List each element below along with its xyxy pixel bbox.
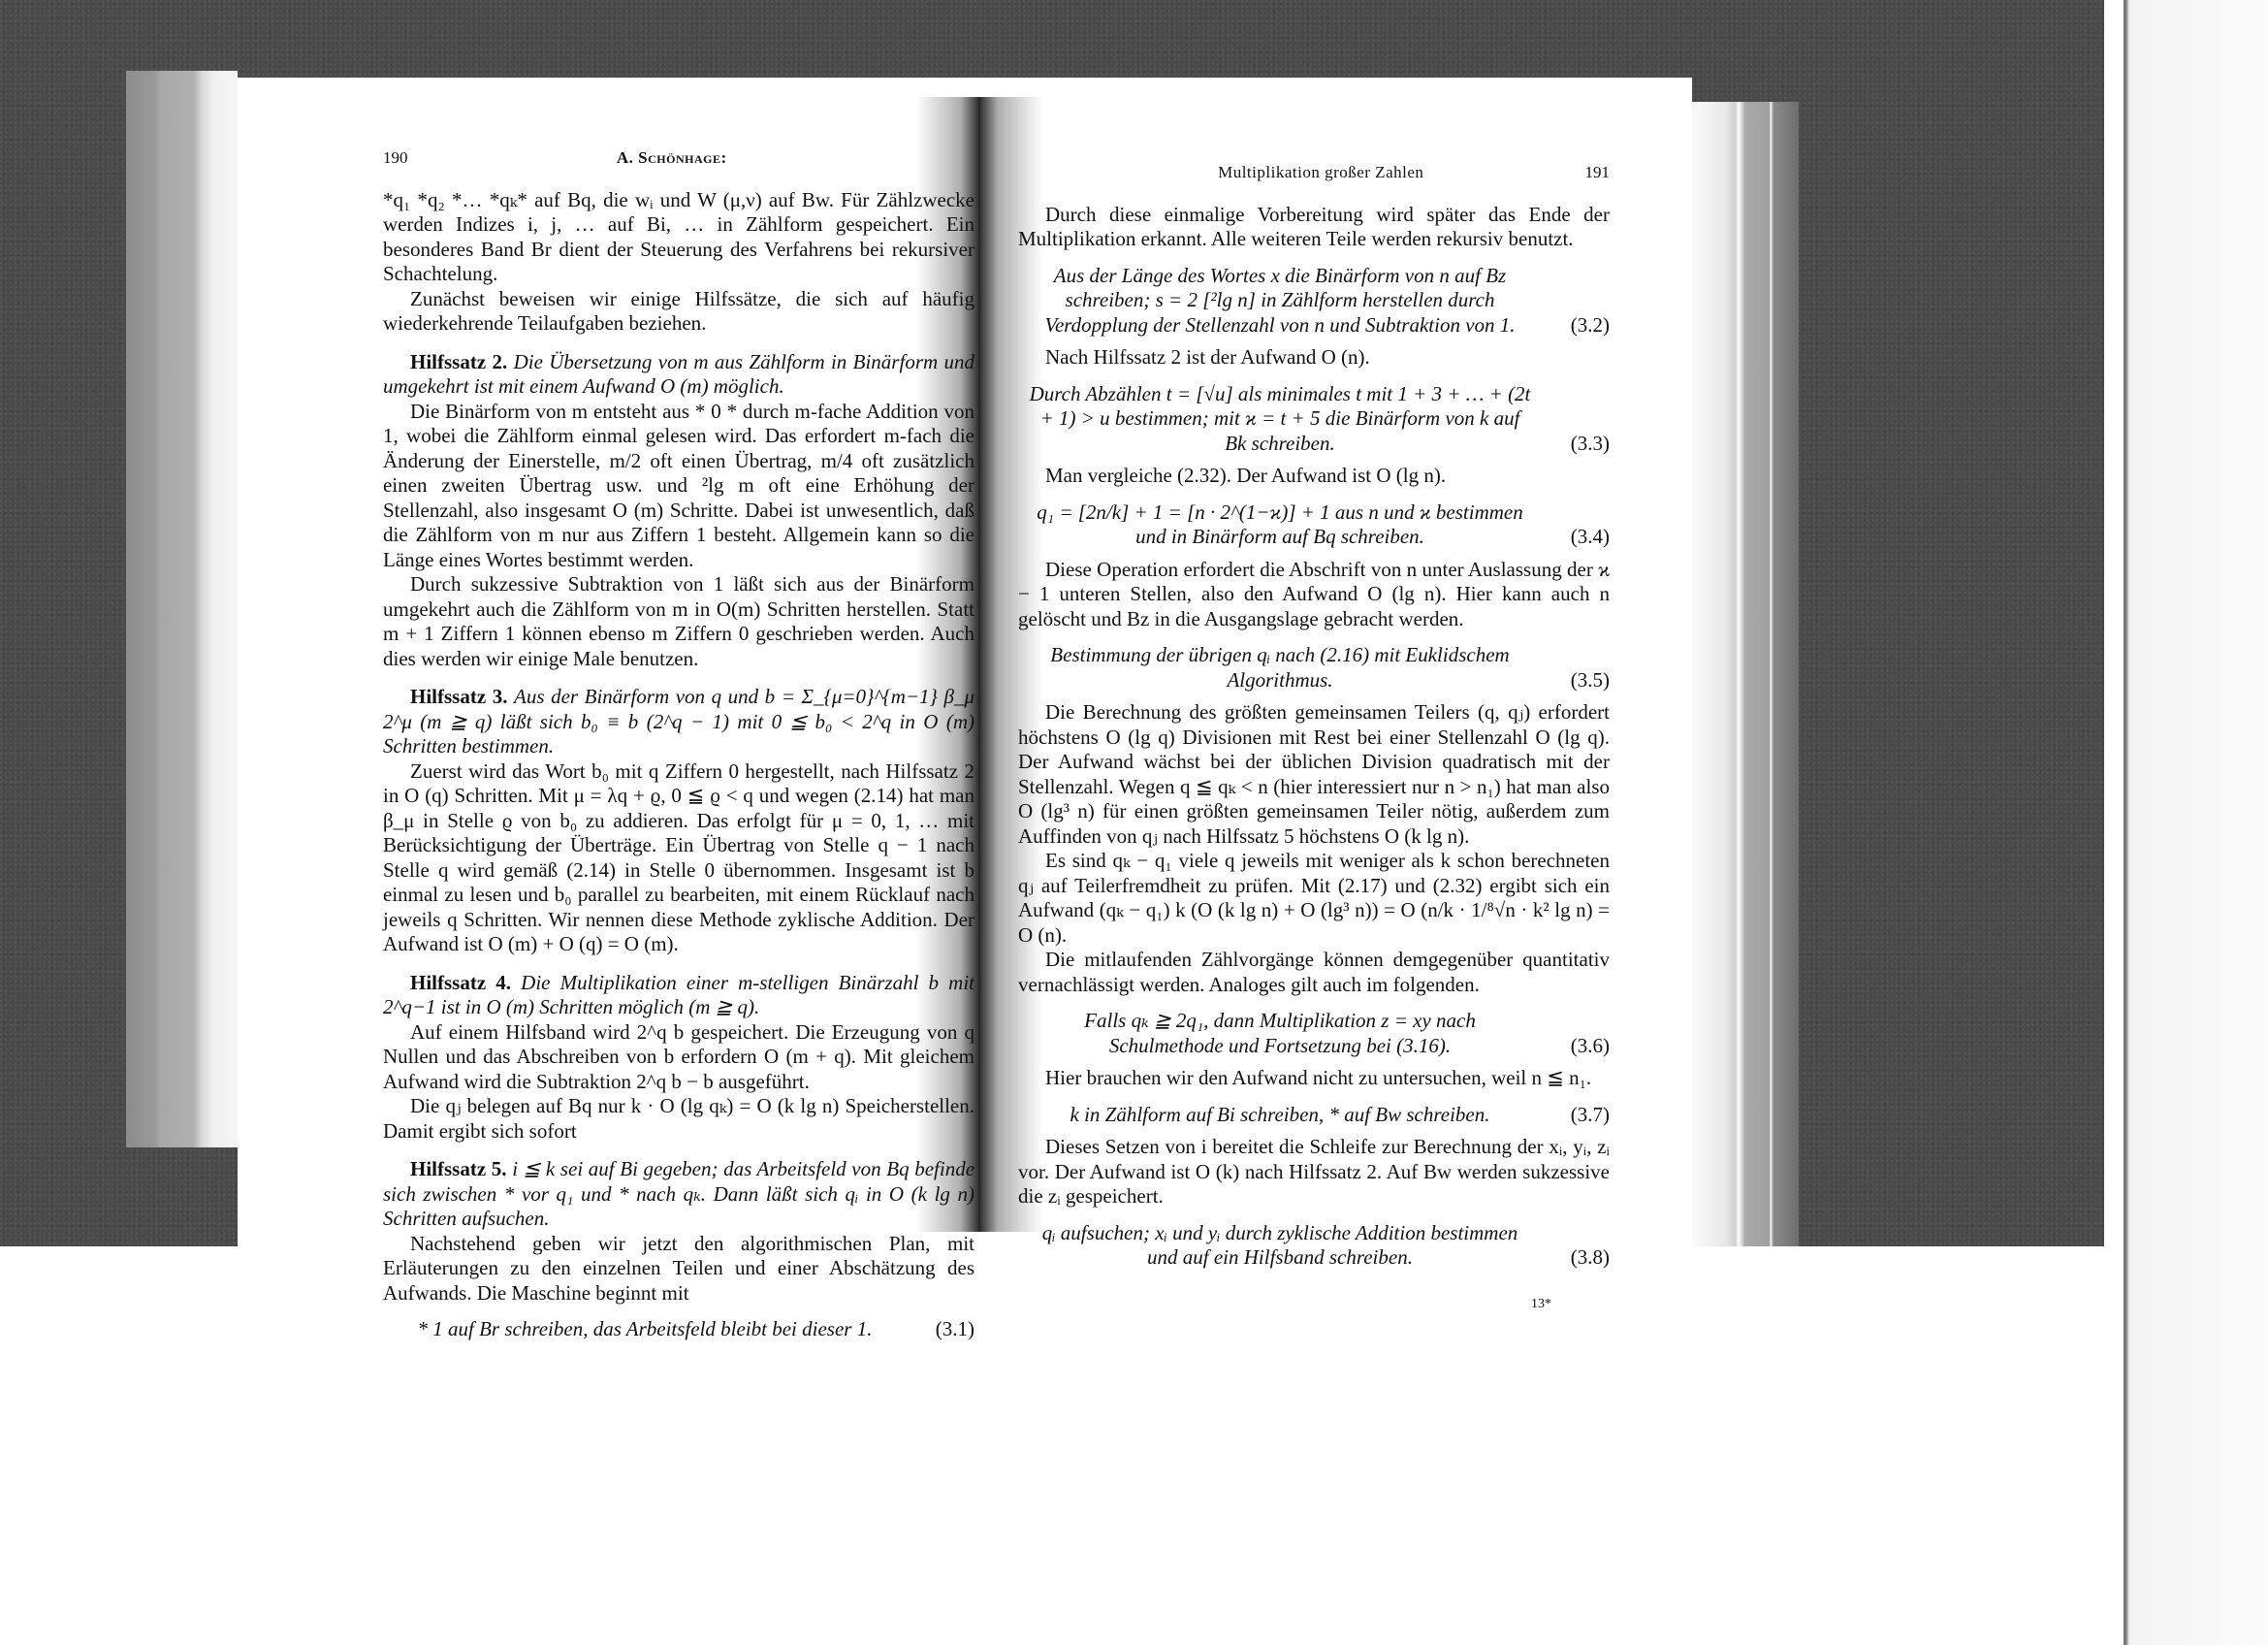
paragraph: *q₁ *q₂ *… *qₖ* auf Bq, die wᵢ und W (μ,… bbox=[383, 188, 974, 287]
algorithm-step: Bestimmung der übrigen qᵢ nach (2.16) mi… bbox=[1018, 643, 1610, 693]
algorithm-step: Falls qₖ ≧ 2q₁, dann Multiplikation z = … bbox=[1018, 1009, 1610, 1058]
paragraph: Es sind qₖ − q₁ viele q jeweils mit weni… bbox=[1018, 849, 1610, 948]
equation-number: (3.6) bbox=[1542, 1034, 1610, 1059]
step-text: qᵢ aufsuchen; xᵢ und yᵢ durch zyklische … bbox=[1018, 1221, 1542, 1271]
paragraph: Durch sukzessive Subtraktion von 1 läßt … bbox=[383, 572, 974, 671]
step-text: Bestimmung der übrigen qᵢ nach (2.16) mi… bbox=[1018, 643, 1542, 693]
paragraph: Auf einem Hilfsband wird 2^q b gespeiche… bbox=[383, 1020, 974, 1095]
equation-number: (3.2) bbox=[1542, 313, 1610, 339]
scan-margin bbox=[2104, 0, 2268, 1645]
algorithm-step: q₁ = [2n/k] + 1 = [n · 2^(1−ϰ)] + 1 aus … bbox=[1018, 500, 1610, 550]
paragraph: Die Binärform von m entsteht aus * 0 * d… bbox=[383, 400, 974, 573]
left-page-body: *q₁ *q₂ *… *qₖ* auf Bq, die wᵢ und W (μ,… bbox=[383, 188, 974, 1342]
lemma: Hilfssatz 3. Aus der Binärform von q und… bbox=[383, 685, 974, 759]
right-page: Multiplikation großer Zahlen 191 Durch d… bbox=[1018, 160, 1610, 1316]
algorithm-step: * 1 auf Br schreiben, das Arbeitsfeld bl… bbox=[383, 1317, 974, 1342]
paragraph: Man vergleiche (2.32). Der Aufwand ist O… bbox=[1018, 464, 1610, 489]
page-number: 190 bbox=[383, 145, 408, 171]
algorithm-step: k in Zählform auf Bi schreiben, * auf Bw… bbox=[1018, 1103, 1610, 1128]
paragraph: Die Berechnung des größten gemeinsamen T… bbox=[1018, 700, 1610, 849]
step-text: Durch Abzählen t = [√u] als minimales t … bbox=[1018, 382, 1542, 457]
equation-number: (3.4) bbox=[1542, 525, 1610, 550]
paragraph: Die qⱼ belegen auf Bq nur k · O (lg qₖ) … bbox=[383, 1094, 974, 1144]
algorithm-step: qᵢ aufsuchen; xᵢ und yᵢ durch zyklische … bbox=[1018, 1221, 1610, 1271]
book-page-edges-left bbox=[126, 71, 238, 1147]
right-page-body: Durch diese einmalige Vorbereitung wird … bbox=[1018, 203, 1610, 1271]
equation-number: (3.5) bbox=[1542, 668, 1610, 693]
step-text: Falls qₖ ≧ 2q₁, dann Multiplikation z = … bbox=[1018, 1009, 1542, 1058]
running-head-author: A. Schönhage: bbox=[408, 145, 937, 171]
lemma-label: Hilfssatz 2. bbox=[410, 350, 507, 373]
lemma-label: Hilfssatz 5. bbox=[410, 1157, 507, 1180]
algorithm-step: Durch Abzählen t = [√u] als minimales t … bbox=[1018, 382, 1610, 457]
lemma: Hilfssatz 5. i ≦ k sei auf Bi gegeben; d… bbox=[383, 1157, 974, 1232]
step-text: Aus der Länge des Wortes x die Binärform… bbox=[1018, 264, 1542, 339]
page-number: 191 bbox=[1585, 160, 1611, 185]
paragraph: Durch diese einmalige Vorbereitung wird … bbox=[1018, 203, 1610, 252]
paragraph: Zunächst beweisen wir einige Hilfssätze,… bbox=[383, 287, 974, 337]
paragraph: Die mitlaufenden Zählvorgänge können dem… bbox=[1018, 948, 1610, 997]
lemma: Hilfssatz 2. Die Übersetzung von m aus Z… bbox=[383, 350, 974, 400]
signature-mark: 13* bbox=[1018, 1292, 1610, 1317]
left-page: 190 A. Schönhage: *q₁ *q₂ *… *qₖ* auf Bq… bbox=[383, 145, 974, 1350]
paragraph: Nach Hilfssatz 2 ist der Aufwand O (n). bbox=[1018, 345, 1610, 371]
paragraph: Hier brauchen wir den Aufwand nicht zu u… bbox=[1018, 1066, 1610, 1091]
paragraph: Nachstehend geben wir jetzt den algorith… bbox=[383, 1232, 974, 1306]
step-text: k in Zählform auf Bi schreiben, * auf Bw… bbox=[1018, 1103, 1542, 1128]
paragraph: Diese Operation erfordert die Abschrift … bbox=[1018, 558, 1610, 632]
step-text: q₁ = [2n/k] + 1 = [n · 2^(1−ϰ)] + 1 aus … bbox=[1018, 500, 1542, 550]
book-page-edges-right bbox=[1692, 102, 1799, 1246]
equation-number: (3.8) bbox=[1542, 1245, 1610, 1271]
equation-number: (3.1) bbox=[907, 1317, 974, 1342]
running-head-title: Multiplikation großer Zahlen bbox=[1057, 160, 1585, 185]
right-running-head: Multiplikation großer Zahlen 191 bbox=[1018, 160, 1610, 185]
lemma: Hilfssatz 4. Die Multiplikation einer m-… bbox=[383, 971, 974, 1020]
step-text: * 1 auf Br schreiben, das Arbeitsfeld bl… bbox=[383, 1317, 907, 1342]
lemma-label: Hilfssatz 4. bbox=[410, 971, 511, 994]
algorithm-step: Aus der Länge des Wortes x die Binärform… bbox=[1018, 264, 1610, 339]
paragraph: Zuerst wird das Wort b₀ mit q Ziffern 0 … bbox=[383, 759, 974, 957]
equation-number: (3.7) bbox=[1542, 1103, 1610, 1128]
lemma-label: Hilfssatz 3. bbox=[410, 685, 507, 708]
left-running-head: 190 A. Schönhage: bbox=[383, 145, 974, 171]
paragraph: Dieses Setzen von i bereitet die Schleif… bbox=[1018, 1135, 1610, 1210]
equation-number: (3.3) bbox=[1542, 432, 1610, 457]
